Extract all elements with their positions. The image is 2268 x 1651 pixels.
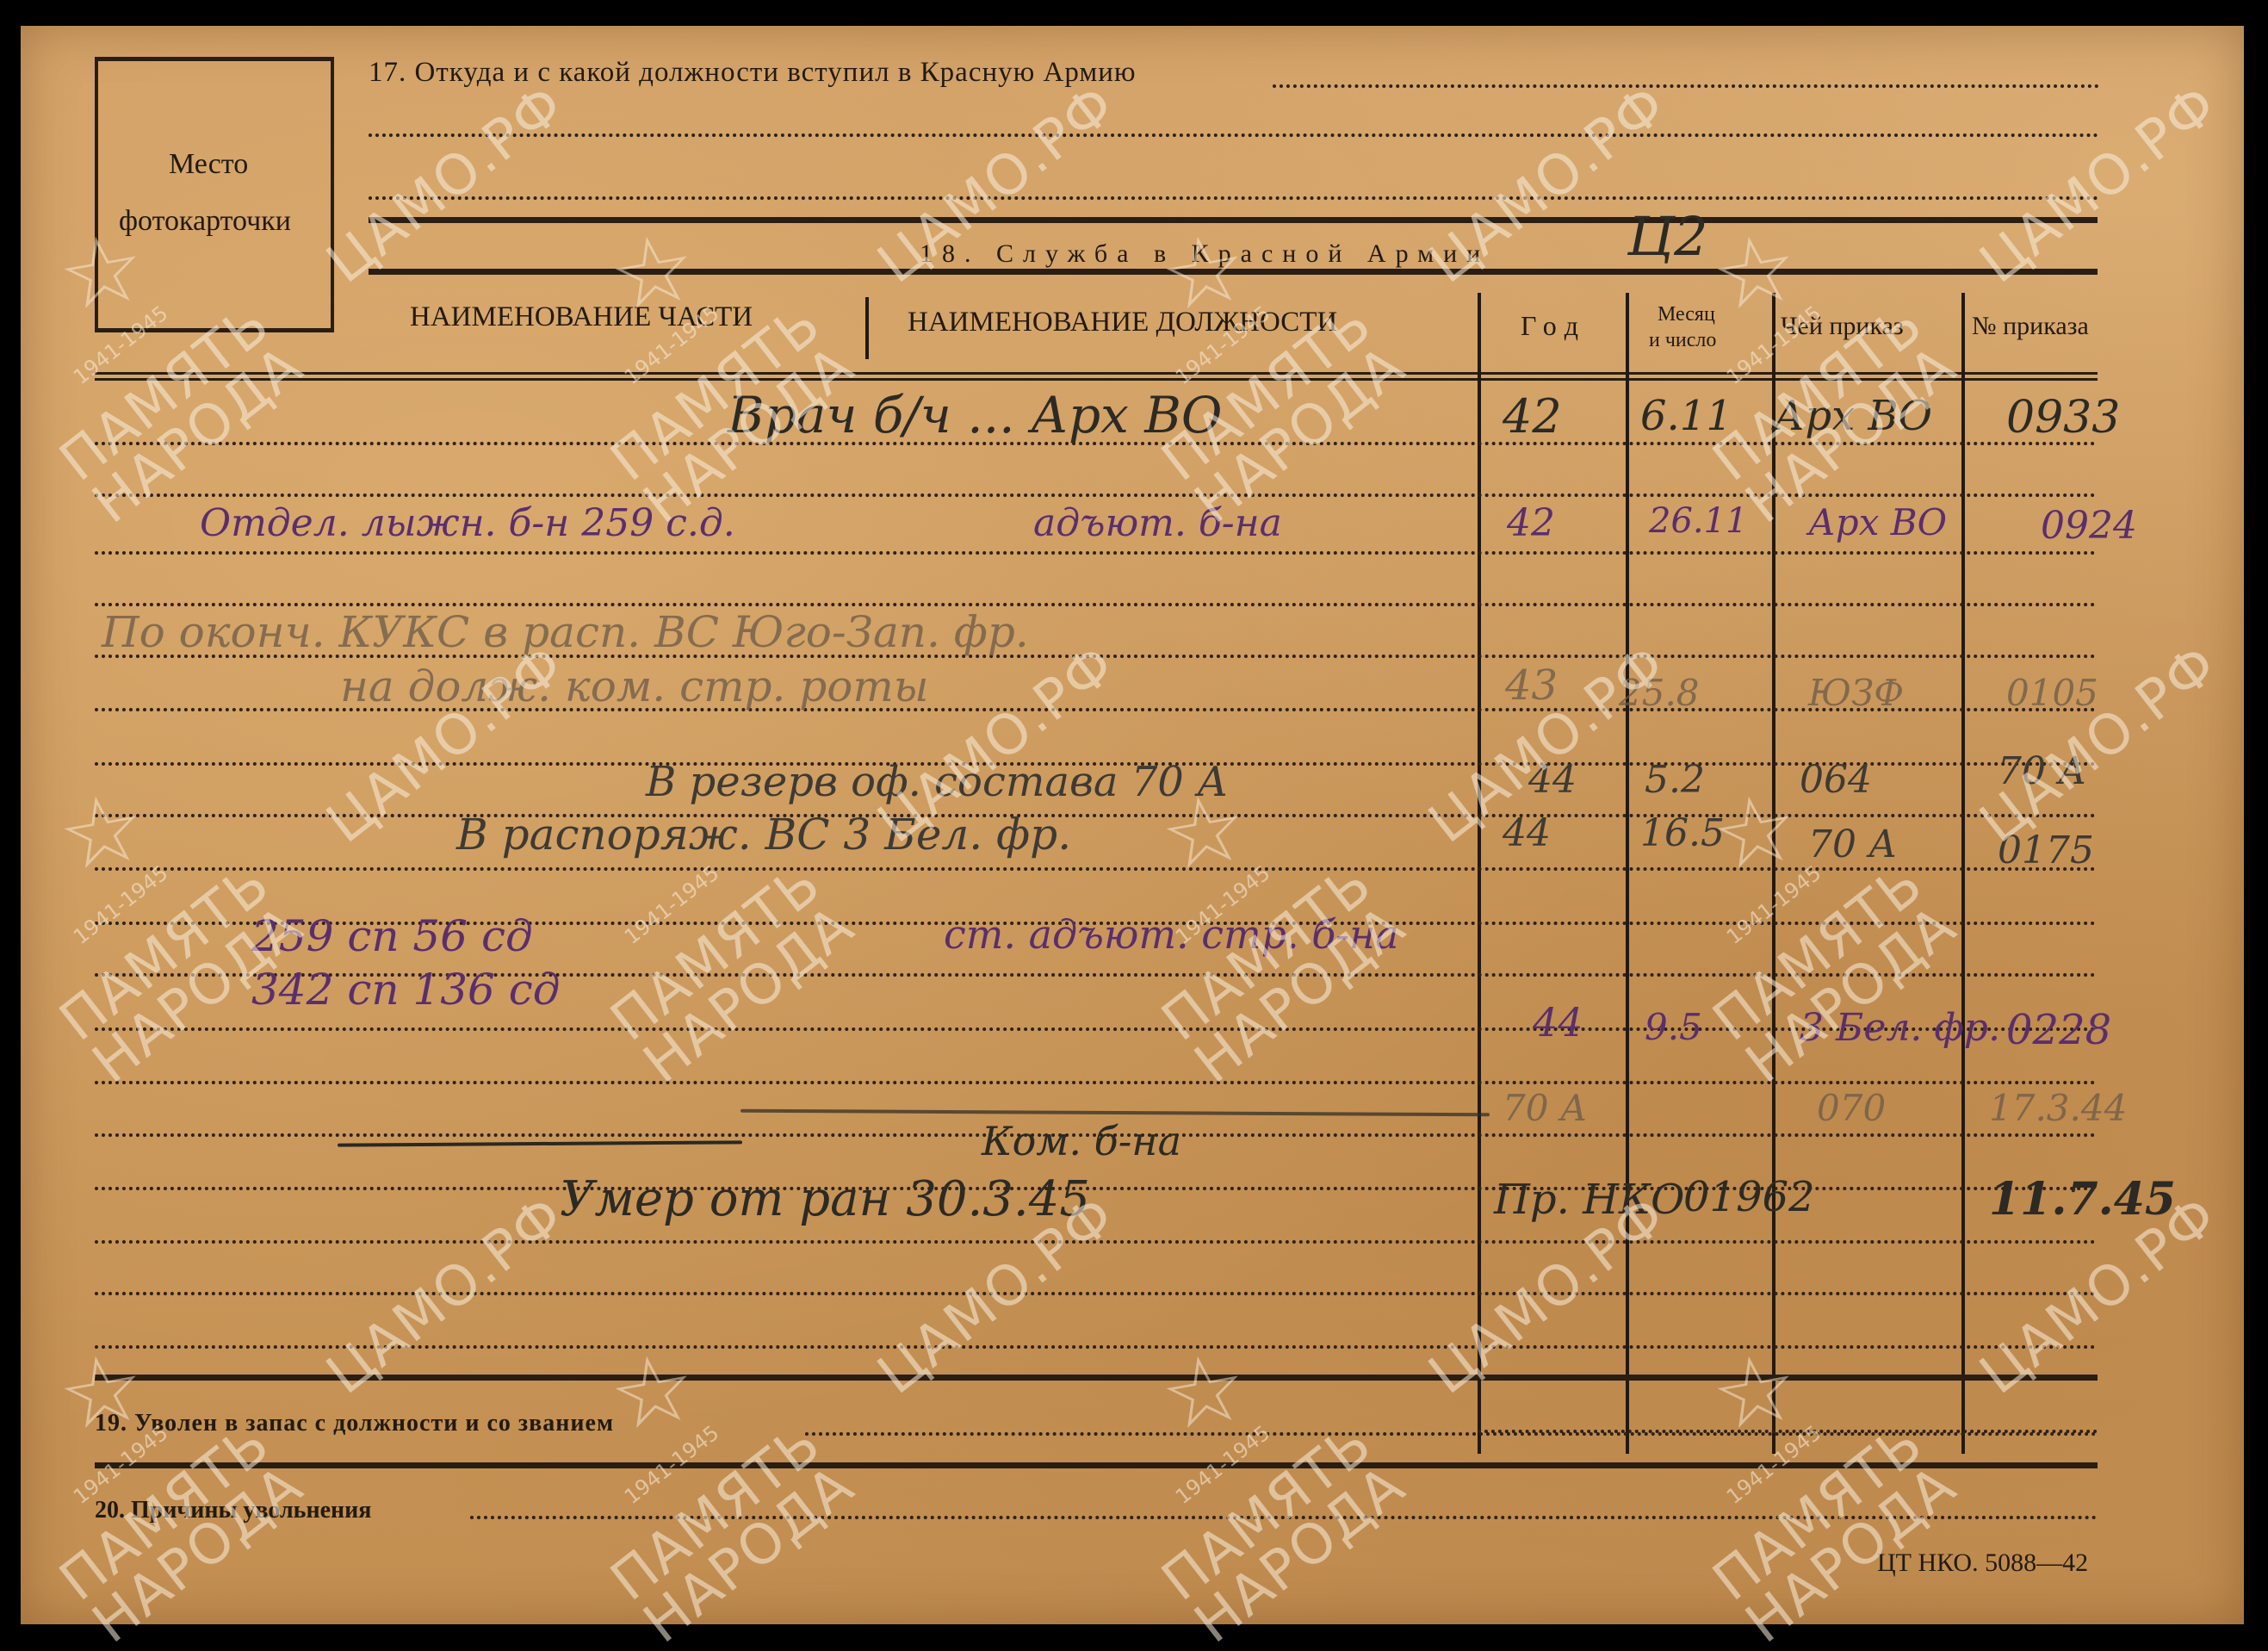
row-8-order: 17.3.44	[1989, 1087, 2127, 1129]
row-2-position: адъют. б-на	[1033, 501, 1282, 545]
row-4-text: В резерв оф. состава 70 А	[646, 758, 1228, 806]
field-18-handwritten-mark: Ц2	[1627, 205, 1708, 268]
row-2-order: 0924	[2041, 504, 2137, 548]
col-divider-date	[1626, 293, 1629, 1454]
row-10-text: Умер от ран 30.3.45	[560, 1171, 1090, 1227]
field-17-line-3[interactable]	[369, 196, 2099, 200]
header-whose-order: Чей приказ	[1781, 312, 1904, 341]
row-7-order: 0228	[2006, 1006, 2111, 1054]
row-8-whose: 070	[1817, 1087, 1886, 1129]
header-order-no: № приказа	[1972, 312, 2089, 341]
row-5-text: В распоряж. ВС 3 Бел. фр.	[456, 810, 1071, 860]
field-17-label: 17. Откуда и с какой должности вступил в…	[369, 57, 1137, 89]
col-divider-order	[1961, 293, 1965, 1454]
form-code: ЦТ НКО. 5088—42	[1877, 1549, 2088, 1578]
row-3-year: 43	[1505, 661, 1558, 710]
field-17-line[interactable]	[1273, 84, 2099, 88]
row-line	[95, 1027, 2097, 1031]
row-4-year: 44	[1528, 758, 1577, 802]
row-3-order: 0105	[2006, 672, 2098, 714]
row-5-year: 44	[1503, 811, 1551, 855]
photo-box-label-2: фотокарточки	[119, 205, 291, 238]
row-10-year: Пр. НКО	[1494, 1176, 1684, 1224]
row-10-order: 11.7.45	[1989, 1173, 2176, 1226]
row-line	[95, 867, 2097, 871]
header-position: НАИМЕНОВАНИЕ ДОЛЖНОСТИ	[908, 307, 1337, 338]
row-3-whose: ЮЗФ	[1808, 672, 1904, 714]
col-divider-whose	[1772, 293, 1775, 1454]
row-4-whose: 064	[1800, 758, 1872, 802]
row-line	[95, 1292, 2097, 1295]
row-1-whose: Арх ВО	[1774, 392, 1932, 440]
row-3-date: 25.8	[1619, 672, 1700, 714]
row-4-order: 70 А	[1998, 749, 2086, 793]
field-20-line[interactable]	[470, 1516, 2098, 1519]
row-line	[95, 603, 2097, 606]
field-18-label: 18. Служба в Красной Армии	[920, 239, 1490, 269]
row-10-whose: 01962	[1683, 1173, 1815, 1221]
row-line	[95, 1345, 2097, 1349]
field-20-label: 20. Причины увольнения	[95, 1497, 371, 1524]
row-5-order: 0175	[1998, 829, 2094, 872]
row-6-position: ст. адъют. стр. б-на	[944, 911, 1399, 958]
divider	[369, 217, 2098, 223]
row-2-year: 42	[1507, 501, 1555, 545]
row-7-unit: 342 сп 136 сд	[251, 965, 560, 1015]
row-6-unit: 259 сп 56 сд	[251, 911, 533, 961]
row-2-whose: Арх ВО	[1808, 501, 1947, 543]
header-day: и число	[1649, 329, 1716, 352]
row-7-date: 9.5	[1645, 1006, 1702, 1048]
row-line	[95, 814, 2097, 817]
row-1-text: Врач б/ч ... Арх ВО	[728, 386, 1222, 444]
photo-box	[95, 57, 334, 332]
field-19-bottom-border	[95, 1462, 2098, 1468]
field-17-line-2[interactable]	[369, 133, 2099, 137]
field-19-line[interactable]	[805, 1432, 2097, 1436]
row-line	[95, 493, 2097, 497]
row-4-date: 5.2	[1645, 758, 1705, 802]
table-bottom-border	[95, 1375, 2098, 1381]
row-1-date: 6.11	[1640, 392, 1732, 440]
header-bottom-border	[95, 372, 2098, 381]
col-divider-year	[1478, 293, 1481, 1454]
row-line	[95, 1081, 2097, 1084]
row-7-whose: 3 Бел. фр.	[1800, 1006, 2000, 1050]
row-7-year: 44	[1533, 999, 1583, 1046]
photo-box-label-1: Место	[169, 148, 248, 181]
header-unit: НАИМЕНОВАНИЕ ЧАСТИ	[410, 301, 753, 333]
field-19-label: 19. Уволен в запас с должности и со зван…	[95, 1410, 614, 1437]
row-8-year: 70 А	[1503, 1087, 1588, 1129]
row-2-unit: Отдел. лыжн. б-н 259 с.д.	[200, 501, 735, 545]
row-5-whose: 70 А	[1808, 822, 1897, 866]
header-year: Год	[1521, 310, 1587, 342]
row-1-order: 0933	[2006, 392, 2120, 444]
row-3-text-line-2: на долж. ком. стр. роты	[340, 661, 929, 711]
row-2-date: 26.11	[1649, 501, 1748, 541]
row-line	[95, 551, 2097, 555]
header-month: Месяц	[1658, 303, 1715, 326]
col-divider	[865, 297, 869, 359]
divider	[369, 269, 2098, 275]
row-line	[95, 1240, 2097, 1244]
row-9-position: Ком. б-на	[982, 1118, 1181, 1164]
row-5-date: 16.5	[1640, 811, 1725, 855]
row-3-text-line-1: По оконч. КУКС в расп. ВС Юго-Зап. фр.	[102, 607, 1029, 657]
row-1-year: 42	[1503, 389, 1562, 444]
